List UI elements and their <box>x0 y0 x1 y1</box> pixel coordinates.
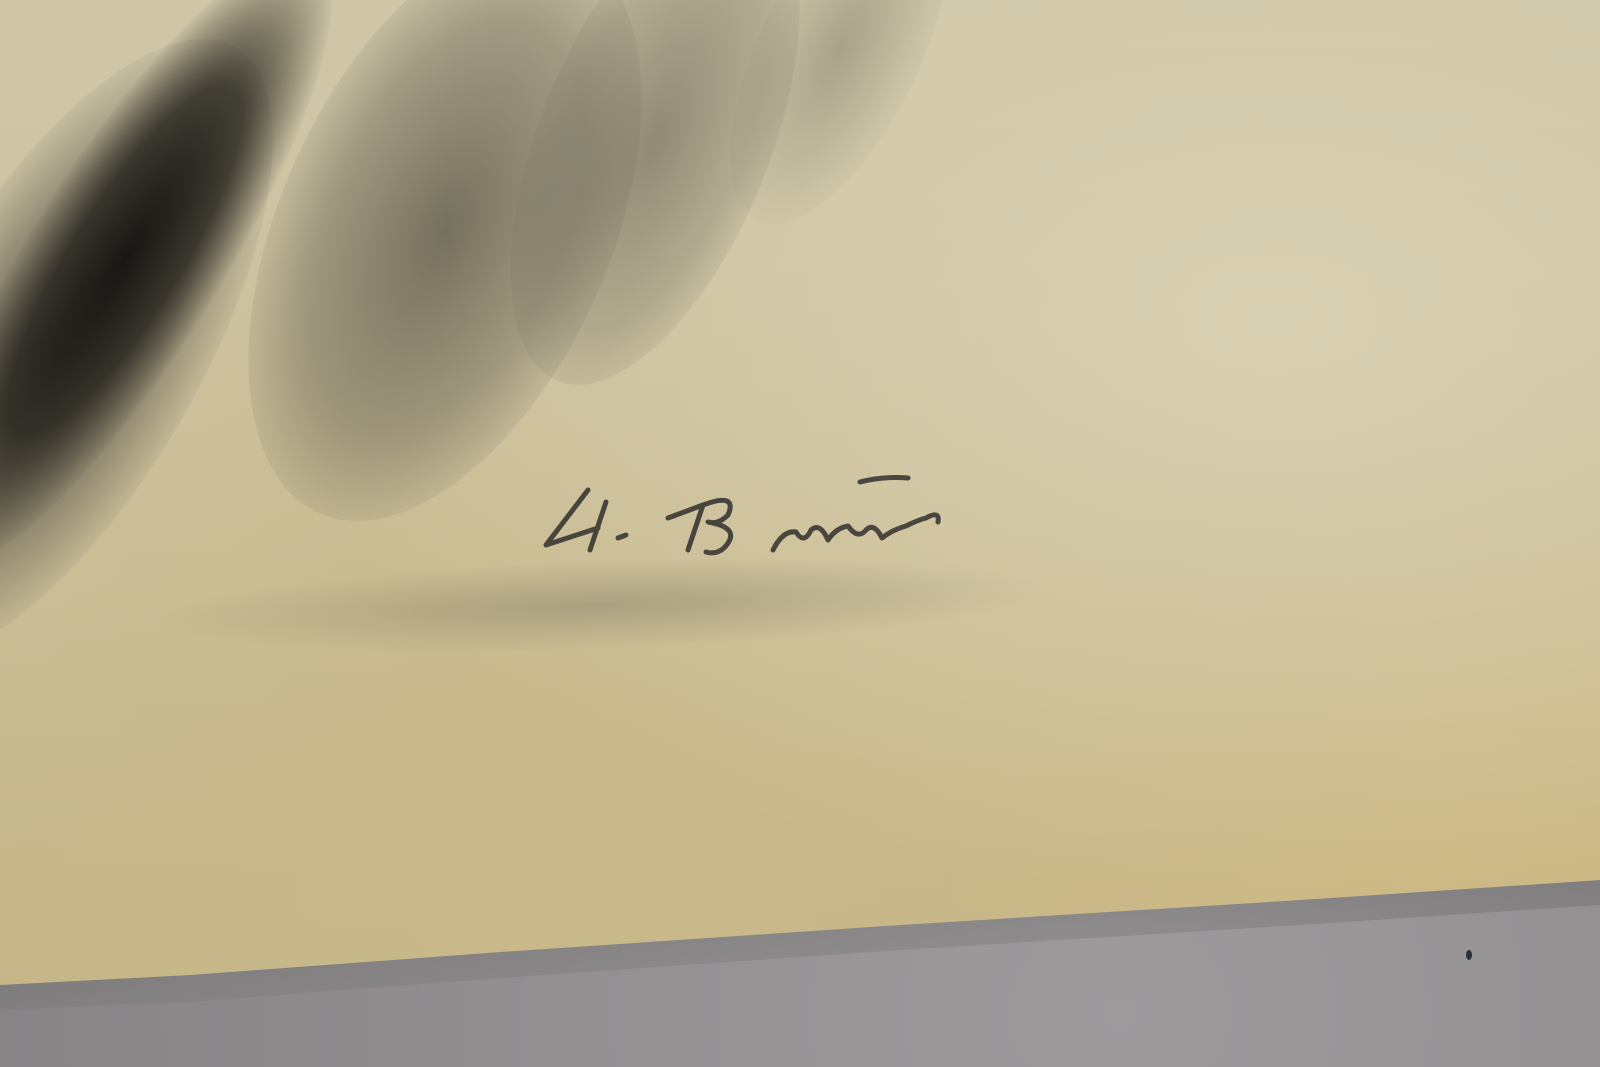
signature-handwriting <box>528 470 968 570</box>
artist-signature: Handwritten Cyrillic signature (uncertai… <box>528 470 968 570</box>
photograph: Handwritten Cyrillic signature (uncertai… <box>0 0 1600 1067</box>
dust-speck <box>1466 950 1472 960</box>
